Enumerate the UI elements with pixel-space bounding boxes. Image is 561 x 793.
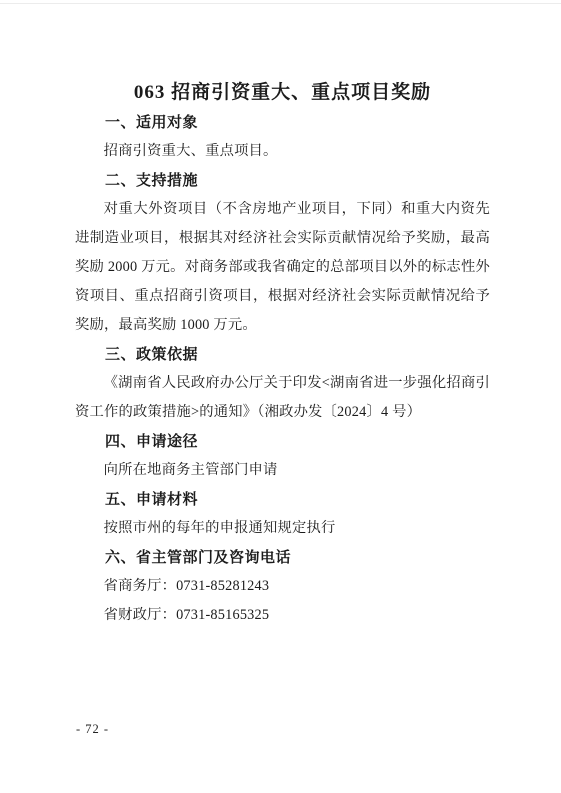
section-heading-policy-basis: 三、政策依据 xyxy=(75,340,490,369)
section-heading-application-channel: 四、申请途径 xyxy=(75,427,490,456)
section-heading-application-materials: 五、申请材料 xyxy=(75,485,490,514)
section-paragraph: 对重大外资项目（不含房地产业项目，下同）和重大内资先进制造业项目，根据其对经济社… xyxy=(75,195,490,340)
document-content: 063 招商引资重大、重点项目奖励 一、适用对象 招商引资重大、重点项目。 二、… xyxy=(75,78,490,630)
page-number: - 72 - xyxy=(76,722,109,737)
section-paragraph: 按照市州的每年的申报通知规定执行 xyxy=(75,514,490,543)
document-title: 063 招商引资重大、重点项目奖励 xyxy=(75,78,490,108)
page-edge-artifact xyxy=(0,3,561,4)
section-heading-department-contacts: 六、省主管部门及咨询电话 xyxy=(75,543,490,572)
section-paragraph: 招商引资重大、重点项目。 xyxy=(75,137,490,166)
section-paragraph: 向所在地商务主管部门申请 xyxy=(75,456,490,485)
contact-line-commerce-department: 省商务厅：0731-85281243 xyxy=(75,572,490,601)
document-page: 063 招商引资重大、重点项目奖励 一、适用对象 招商引资重大、重点项目。 二、… xyxy=(0,0,561,793)
contact-line-finance-department: 省财政厅：0731-85165325 xyxy=(75,601,490,630)
section-paragraph: 《湖南省人民政府办公厅关于印发<湖南省进一步强化招商引资工作的政策措施>的通知》… xyxy=(75,369,490,427)
section-heading-support-measures: 二、支持措施 xyxy=(75,166,490,195)
section-heading-applicable-target: 一、适用对象 xyxy=(75,108,490,137)
